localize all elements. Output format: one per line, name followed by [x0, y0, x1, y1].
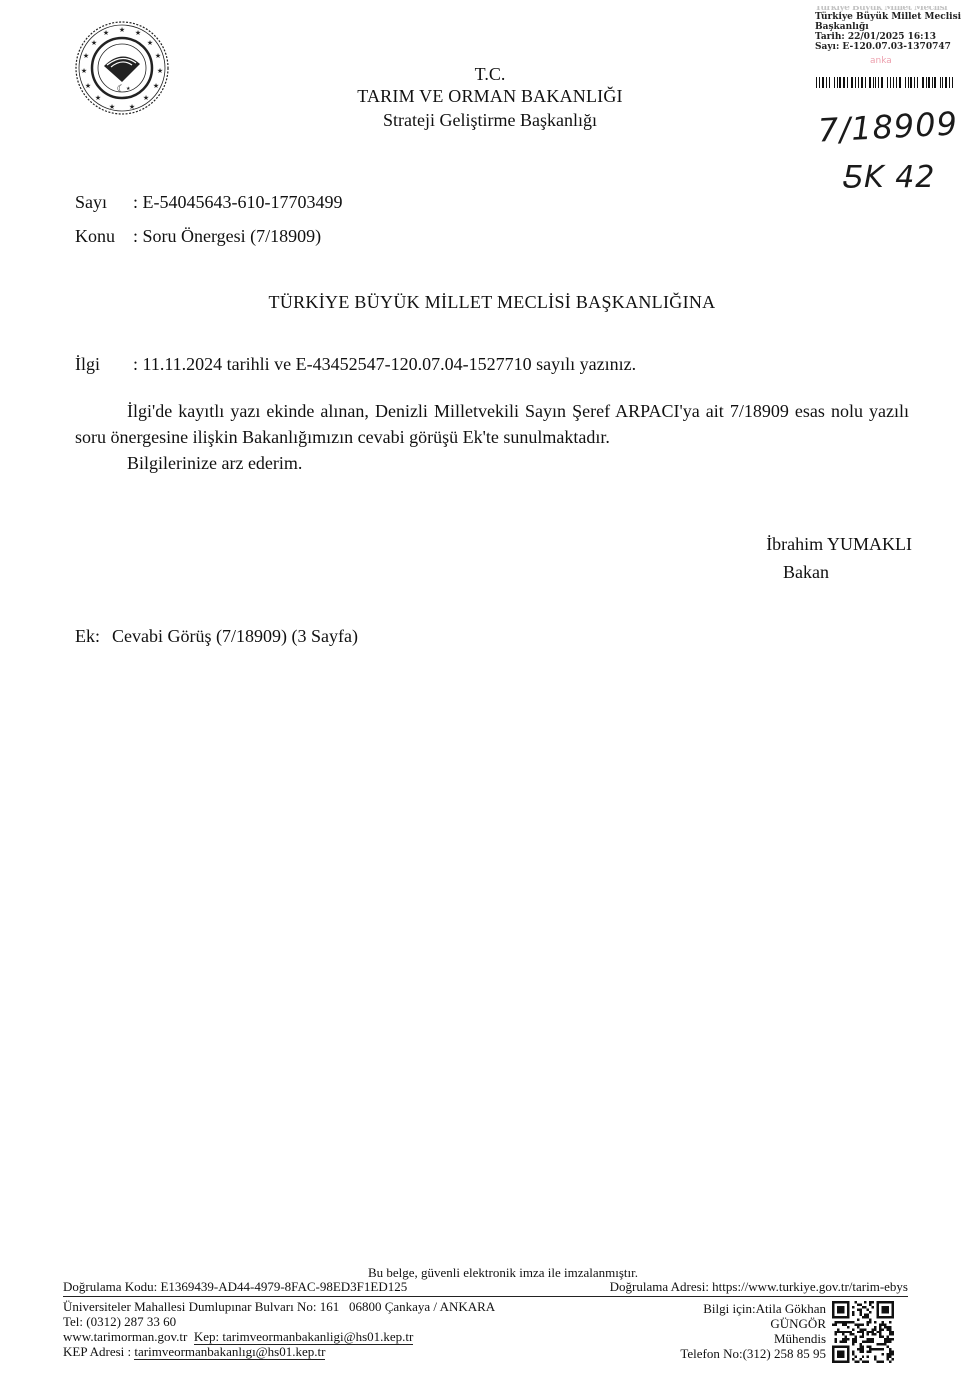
svg-text:★: ★	[135, 29, 141, 37]
svg-text:☾: ☾	[117, 84, 126, 95]
watermark-mark: anka	[870, 56, 892, 66]
signature-block: İbrahim YUMAKLI Bakan	[700, 530, 912, 586]
stamp-line-1: Türkiye Büyük Millet Meclisi	[815, 12, 965, 22]
letter-body: İlgi'de kayıtlı yazı ekinde alınan, Deni…	[75, 398, 909, 476]
registry-stamp: Türkiye Büyük Millet Meclisi Türkiye Büy…	[815, 6, 965, 52]
svg-text:★: ★	[119, 26, 125, 34]
konu-label: Konu	[75, 226, 133, 247]
kep-email-link[interactable]: tarimveormanbakanligi@hs01.kep.tr	[222, 1329, 413, 1344]
svg-text:★: ★	[109, 103, 115, 111]
ilgi-label: İlgi	[75, 354, 133, 375]
svg-text:★: ★	[81, 67, 87, 75]
postal-address: Üniversiteler Mahallesi Dumlupınar Bulva…	[63, 1299, 495, 1314]
svg-text:★: ★	[147, 39, 153, 47]
contact-line-1: Bilgi için:Atila Gökhan	[600, 1301, 826, 1316]
svg-text:★: ★	[155, 52, 161, 60]
svg-text:★: ★	[95, 94, 101, 102]
phone: Tel: (0312) 287 33 60	[63, 1314, 495, 1329]
qr-code-icon	[832, 1301, 894, 1363]
contact-phone: Telefon No:(312) 258 85 95	[600, 1346, 826, 1361]
ilgi-line: İlgi: 11.11.2024 tarihli ve E-43452547-1…	[75, 354, 636, 375]
stamp-line-2: Başkanlığı	[815, 22, 965, 32]
svg-text:★: ★	[153, 82, 159, 90]
handwritten-note: ƼK 42	[843, 160, 935, 195]
body-paragraph-1: İlgi'de kayıtlı yazı ekinde alınan, Deni…	[75, 398, 909, 450]
contact-line-2: GÜNGÖR	[600, 1316, 826, 1331]
department-name: Strateji Geliştirme Başkanlığı	[290, 110, 690, 131]
addressee: TÜRKİYE BÜYÜK MİLLET MECLİSİ BAŞKANLIĞIN…	[0, 292, 976, 313]
verification-address-link[interactable]: Doğrulama Adresi: https://www.turkiye.go…	[610, 1279, 908, 1295]
svg-text:★: ★	[157, 67, 163, 75]
attachment-label: Ek:	[75, 626, 100, 646]
svg-text:★: ★	[85, 82, 91, 90]
contact-line-3: Mühendis	[600, 1331, 826, 1346]
svg-text:★: ★	[126, 86, 131, 92]
attachment-line: Ek:Cevabi Görüş (7/18909) (3 Sayfa)	[75, 626, 358, 647]
svg-text:★: ★	[83, 52, 89, 60]
stamp-number: Sayı: E-120.07.03-1370747	[815, 42, 965, 52]
handwritten-question-number: 7/18909	[817, 104, 959, 149]
sayi-label: Sayı	[75, 192, 133, 213]
sayi-line: Sayı: E-54045643-610-17703499	[75, 192, 342, 213]
body-paragraph-2: Bilgilerinize arz ederim.	[75, 450, 909, 476]
header-tc: T.C.	[330, 64, 650, 85]
contact-info: Bilgi için:Atila Gökhan GÜNGÖR Mühendis …	[600, 1301, 826, 1361]
svg-text:★: ★	[129, 103, 135, 111]
konu-value: : Soru Önergesi (7/18909)	[133, 226, 321, 246]
ministry-seal-icon: ★★★ ★★ ★★ ★★ ★★ ★★ ★★ ☾ ★	[74, 20, 170, 116]
verification-code: Doğrulama Kodu: E1369439-AD44-4979-8FAC-…	[63, 1279, 407, 1295]
svg-text:★: ★	[143, 94, 149, 102]
attachment-value: Cevabi Görüş (7/18909) (3 Sayfa)	[112, 626, 358, 646]
signer-name: İbrahim YUMAKLI	[700, 530, 912, 558]
svg-text:★: ★	[103, 29, 109, 37]
footer-address-block: Üniversiteler Mahallesi Dumlupınar Bulva…	[63, 1299, 495, 1359]
verification-row: Doğrulama Kodu: E1369439-AD44-4979-8FAC-…	[63, 1279, 908, 1297]
kep-label: Kep:	[194, 1329, 223, 1344]
website-link[interactable]: www.tarimorman.gov.tr	[63, 1329, 187, 1344]
svg-text:★: ★	[91, 39, 97, 47]
ilgi-value: : 11.11.2024 tarihli ve E-43452547-120.0…	[133, 354, 636, 374]
sayi-value: : E-54045643-610-17703499	[133, 192, 342, 212]
ministry-name: TARIM VE ORMAN BAKANLIĞI	[290, 86, 690, 107]
kep-address-label: KEP Adresi :	[63, 1344, 134, 1359]
stamp-date: Tarih: 22/01/2025 16:13	[815, 32, 965, 42]
kep-address-link[interactable]: tarimveormanbakanlıgı@hs01.kep.tr	[134, 1344, 325, 1360]
stamp-line-0: Türkiye Büyük Millet Meclisi	[815, 6, 965, 12]
web-kep-line: www.tarimorman.gov.tr Kep: tarimveormanb…	[63, 1329, 495, 1344]
barcode-icon	[816, 77, 956, 88]
kep-address-line: KEP Adresi : tarimveormanbakanlıgı@hs01.…	[63, 1344, 495, 1359]
konu-line: Konu: Soru Önergesi (7/18909)	[75, 226, 321, 247]
signer-title: Bakan	[700, 558, 912, 586]
